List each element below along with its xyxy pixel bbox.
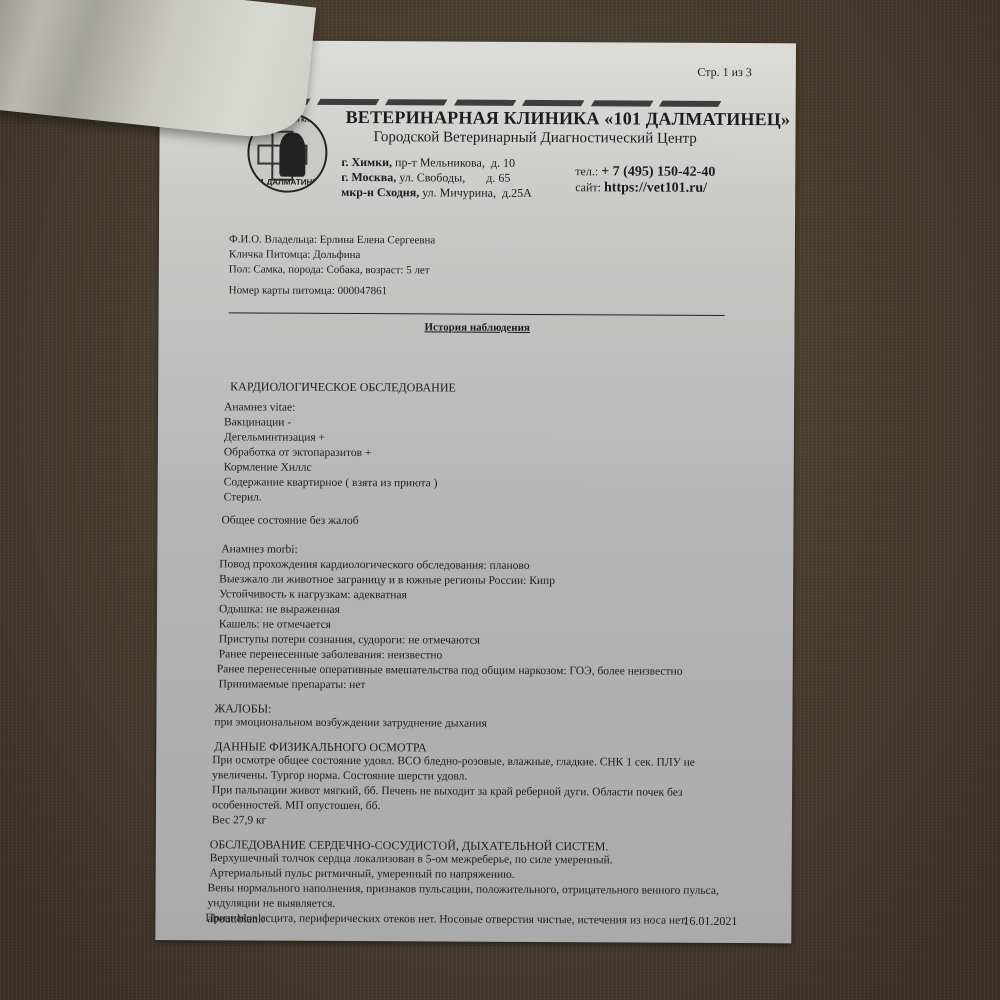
anamnesis-morbi-line: Выезжало ли животное заграницу и в южные…: [219, 573, 555, 587]
history-title: История наблюдения: [424, 321, 530, 334]
anamnesis-morbi-line: Одышка: не выраженная: [219, 603, 340, 616]
anamnesis-vitae-line: Анамнез vitae:: [224, 401, 295, 413]
curled-next-page: [0, 0, 316, 142]
anamnesis-morbi-line: Анамнез morbi:: [221, 543, 297, 555]
phone: тел.: + 7 (495) 150-42-40: [575, 164, 715, 181]
logo-ring-bottom: 101 ДАЛМАТИНЕЦ: [249, 177, 325, 186]
address-line: г. Химки, пр-т Мельникова, д. 10: [341, 155, 515, 171]
dog-silhouette-icon: [279, 133, 305, 177]
general-state: Общее состояние без жалоб: [221, 514, 358, 527]
page-number: Стр. 1 из 3: [697, 65, 751, 80]
owner-name: Ф.И.О. Владельца: Ерлина Елена Сергеевна: [229, 233, 435, 246]
anamnesis-morbi-line: Принимаемые препараты: нет: [219, 678, 366, 691]
anamnesis-morbi-line: Приступы потери сознания, судороги: не о…: [219, 633, 480, 646]
cardio-resp-line: Признаков асцита, периферических отеков …: [205, 912, 687, 927]
anamnesis-vitae-line: Вакцинации -: [224, 416, 291, 428]
footer-url: about:blank: [207, 911, 264, 926]
cardio-resp-line: Вены нормального наполнения, признаков п…: [208, 882, 719, 897]
physical-exam-title: ДАННЫЕ ФИЗИКАЛЬНОГО ОСМОТРА: [214, 739, 427, 755]
physical-exam-line: увеличены. Тургор норма. Состояние шерст…: [212, 769, 467, 782]
anamnesis-morbi-line: Кашель: не отмечается: [219, 618, 331, 631]
cardio-section-title: КАРДИОЛОГИЧЕСКОЕ ОБСЛЕДОВАНИЕ: [230, 379, 456, 395]
anamnesis-vitae-line: Дегельминтизация +: [224, 431, 325, 444]
cardio-resp-line: Верхушечный толчок сердца локализован в …: [210, 852, 613, 866]
address-line: г. Москва, ул. Свободы, д. 65: [341, 170, 510, 186]
anamnesis-vitae-line: Содержание квартирное ( взята из приюта …: [224, 476, 438, 489]
anamnesis-morbi-line: Устойчивость к нагрузкам: адекватная: [219, 588, 407, 601]
anamnesis-morbi-line: Ранее перенесенные оперативные вмешатель…: [217, 663, 683, 677]
complaints-text: при эмоциональном возбуждении затруднени…: [214, 716, 486, 729]
physical-exam-line: особенностей. МП опустошен, бб.: [212, 799, 380, 812]
physical-exam-line: При пальпации живот мягкий, бб. Печень н…: [212, 784, 683, 798]
anamnesis-vitae-line: Обработка от эктопаразитов +: [224, 446, 372, 459]
cardio-resp-line: ундуляции не выявляется.: [207, 897, 335, 910]
anamnesis-vitae-line: Кормление Хиллс: [224, 461, 312, 473]
complaints-title: ЖАЛОБЫ:: [214, 701, 271, 716]
anamnesis-vitae-line: Стерил.: [224, 491, 262, 503]
anamnesis-morbi-line: Повод прохождения кардиологического обсл…: [219, 558, 529, 572]
divider: [229, 312, 725, 316]
physical-exam-line: При осмотре общее состояние удовл. ВСО б…: [212, 754, 695, 769]
physical-exam-line: Вес 27,9 кг: [212, 814, 266, 826]
footer-date: 16.01.2021: [683, 914, 737, 929]
pet-details: Пол: Самка, порода: Собака, возраст: 5 л…: [229, 263, 430, 276]
card-number: Номер карты питомца: 000047861: [229, 284, 388, 297]
address-line: мкр-н Сходня, ул. Мичурина, д.25А: [341, 185, 532, 201]
anamnesis-morbi-line: Ранее перенесенные заболевания: неизвест…: [219, 648, 443, 661]
website: сайт: https://vet101.ru/: [575, 180, 707, 197]
clinic-name: ВЕТЕРИНАРНАЯ КЛИНИКА «101 ДАЛМАТИНЕЦ»: [346, 107, 791, 130]
clinic-subtitle: Городской Ветеринарный Диагностический Ц…: [373, 129, 696, 148]
printed-document-page: Стр. 1 из 3 ВЕТЕРИНАРНАЯ КЛИНИКА 101 ДАЛ…: [155, 40, 796, 943]
cardio-resp-line: Артериальный пульс ритмичный, умеренный …: [210, 867, 515, 881]
pet-name: Кличка Питомца: Дольфина: [229, 248, 361, 261]
